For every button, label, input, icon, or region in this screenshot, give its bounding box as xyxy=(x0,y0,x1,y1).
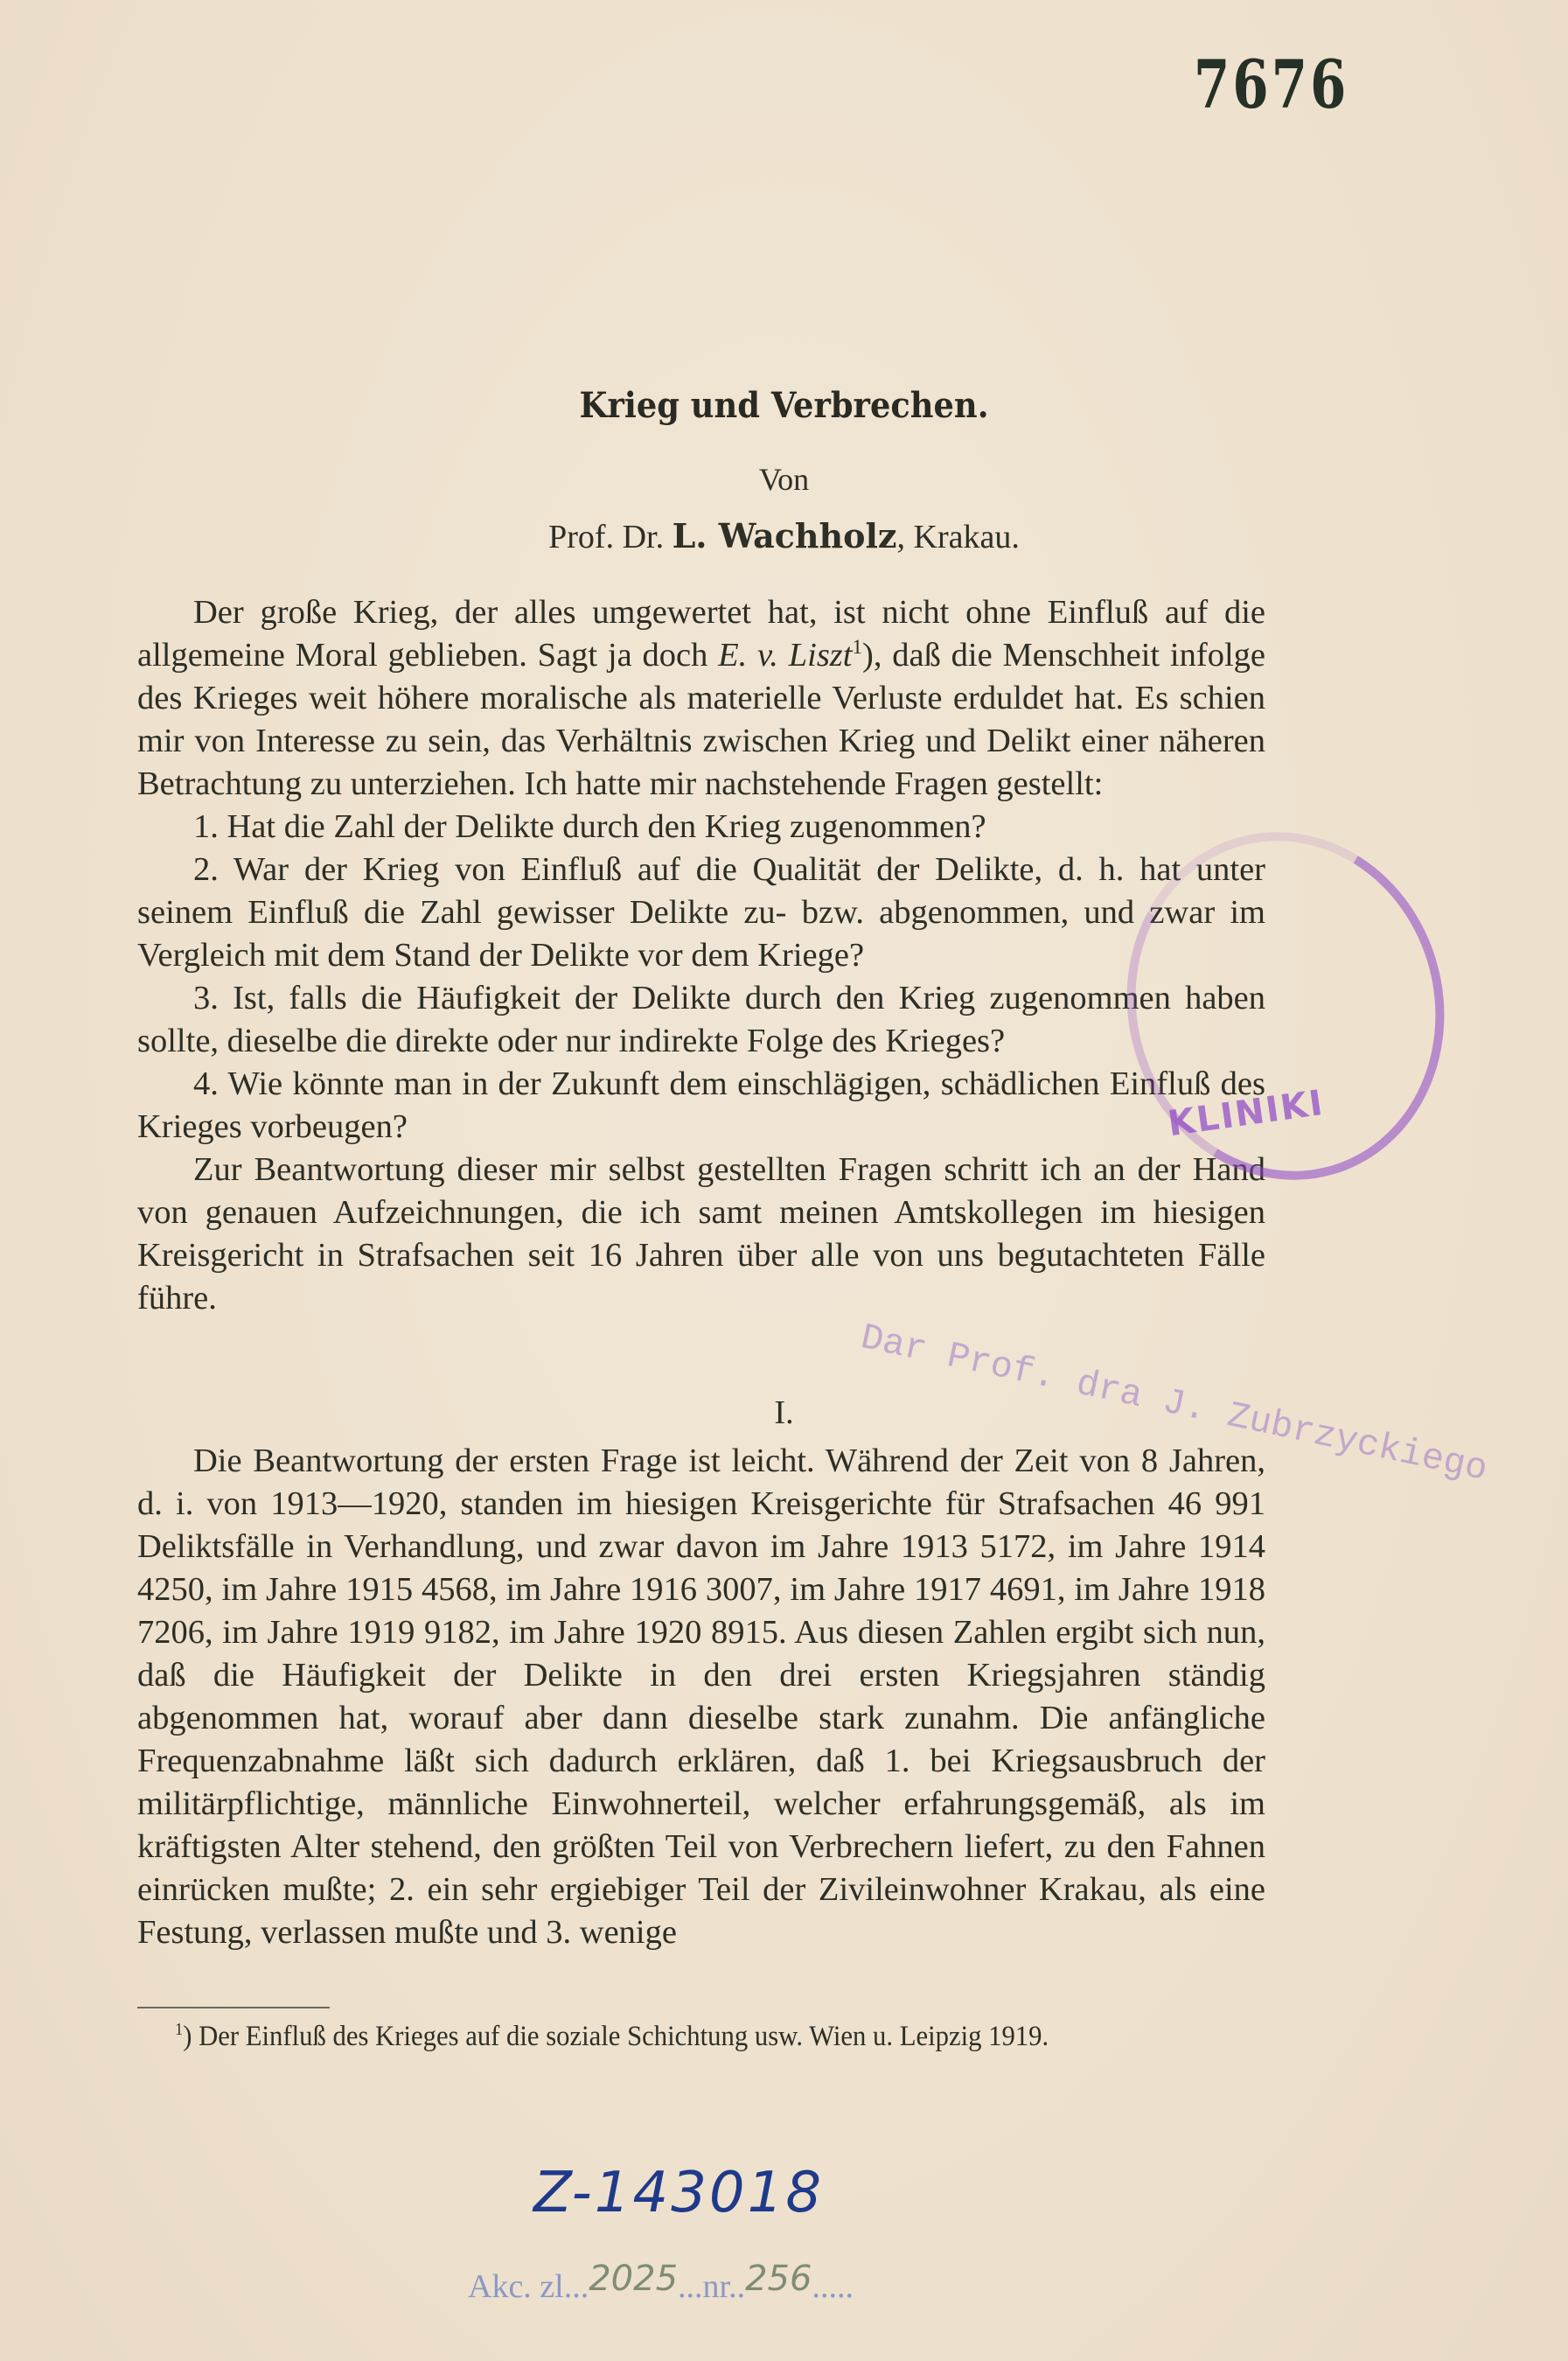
footnote-divider xyxy=(137,2007,330,2008)
byline-author: Prof. Dr. L. Wachholz, Krakau. xyxy=(0,516,1568,556)
author-name: L. Wachholz xyxy=(672,516,897,555)
section-1-paragraph-1: Die Beantwortung der ersten Frage ist le… xyxy=(137,1440,1265,1954)
footnote-1: 1) Der Einfluß des Krieges auf die sozia… xyxy=(175,2021,1232,2053)
question-3: 3. Ist, falls die Häufigkeit der Delikte… xyxy=(137,977,1265,1063)
accession-nr-label: nr. xyxy=(703,2268,737,2305)
catalog-number: 7676 xyxy=(1194,45,1348,123)
question-2: 2. War der Krieg von Einfluß auf die Qua… xyxy=(137,849,1265,977)
footnote-marker: 1 xyxy=(175,2020,183,2039)
author-suffix: , Krakau. xyxy=(897,519,1020,555)
accession-nr: 256 xyxy=(745,2259,812,2299)
footnote-ref[interactable]: 1 xyxy=(853,635,863,658)
accession-year: 2025 xyxy=(589,2259,678,2299)
author-prefix: Prof. Dr. xyxy=(548,519,672,555)
section-1-body: Die Beantwortung der ersten Frage ist le… xyxy=(137,1440,1265,1954)
shelf-mark: Z-143018 xyxy=(533,2161,824,2225)
accession-label: Akc. zl. xyxy=(468,2268,572,2305)
intro-section: Der große Krieg, der alles umgewertet ha… xyxy=(137,591,1265,1320)
intro-paragraph-1: Der große Krieg, der alles umgewertet ha… xyxy=(137,591,1265,806)
byline-von: Von xyxy=(0,461,1568,498)
article-title: Krieg und Verbrechen. xyxy=(63,385,1506,426)
intro-paragraph-2: Zur Beantwortung dieser mir selbst geste… xyxy=(137,1149,1265,1320)
question-1: 1. Hat die Zahl der Delikte durch den Kr… xyxy=(137,806,1265,849)
footnote-text: ) Der Einfluß des Krieges auf die sozial… xyxy=(183,2021,1049,2052)
question-4: 4. Wie könnte man in der Zukunft dem ein… xyxy=(137,1063,1265,1149)
citation-liszt: E. v. Liszt xyxy=(718,637,852,674)
accession-stamp: Akc. zl...2025...nr..256..... xyxy=(468,2266,854,2306)
